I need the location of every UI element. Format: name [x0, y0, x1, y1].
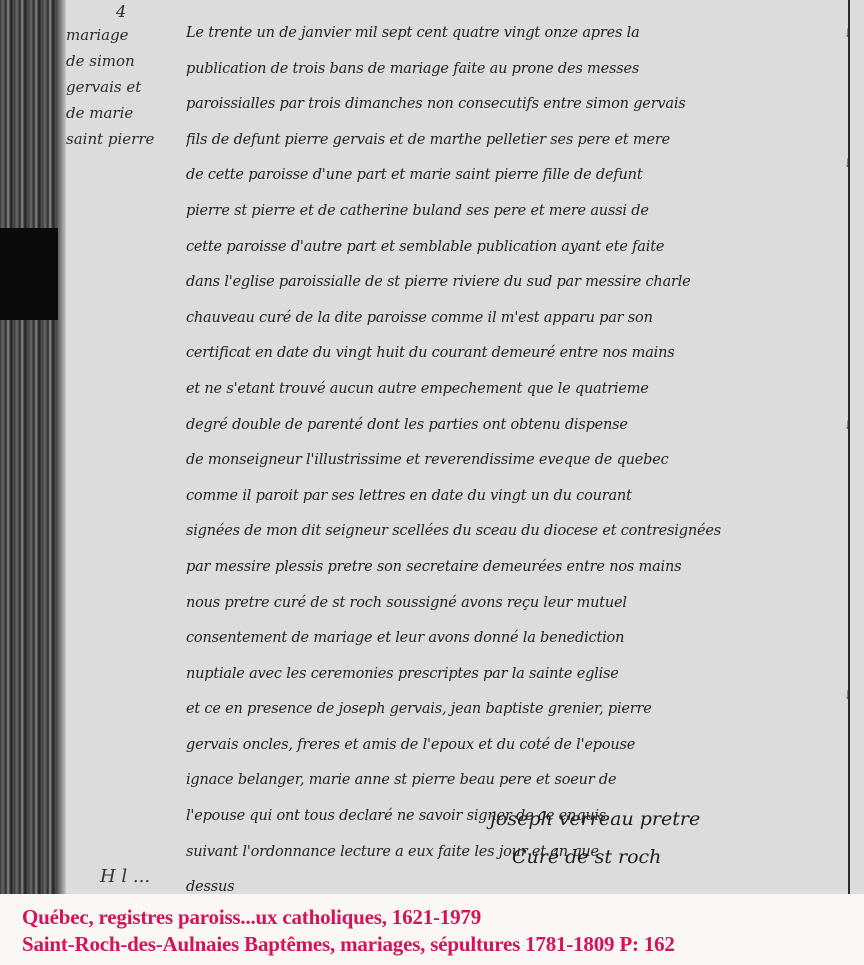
rule-tick-icon: ↓	[842, 420, 854, 430]
text-line: signées de mon dit seigneur scellées du …	[186, 516, 836, 552]
text-line: par messire plessis pretre son secretair…	[186, 552, 836, 588]
margin-line: mariage	[66, 22, 184, 48]
text-line: cette paroisse d'autre part et semblable…	[186, 232, 836, 268]
text-line: de cette paroisse d'une part et marie sa…	[186, 160, 836, 196]
margin-line: gervais et	[66, 74, 184, 100]
priest-signature: joseph verreau pretre	[490, 808, 700, 830]
margin-line: saint pierre	[66, 126, 184, 152]
caption-register: Saint-Roch-des-Aulnaies Baptêmes, mariag…	[22, 931, 675, 958]
rule-tick-icon: ↓	[842, 28, 854, 38]
register-page-scan: ↓ ↓ ↓ ↓ 4 mariage de simon gervais et de…	[0, 0, 864, 894]
text-line: paroissialles par trois dimanches non co…	[186, 89, 836, 125]
entry-number: 4	[66, 2, 184, 22]
text-line: publication de trois bans de mariage fai…	[186, 54, 836, 90]
next-entry-fragment: H l ...	[100, 866, 150, 887]
source-caption: Québec, registres paroiss...ux catholiqu…	[22, 904, 675, 958]
text-line: chauveau curé de la dite paroisse comme …	[186, 303, 836, 339]
text-line: dans l'eglise paroissialle de st pierre …	[186, 267, 836, 303]
margin-line: de marie	[66, 100, 184, 126]
text-line: certificat en date du vingt huit du cour…	[186, 338, 836, 374]
text-line: gervais oncles, freres et amis de l'epou…	[186, 730, 836, 766]
text-line: ignace belanger, marie anne st pierre be…	[186, 765, 836, 801]
text-line: degré double de parenté dont les parties…	[186, 410, 836, 446]
right-margin-rule	[848, 0, 850, 894]
black-tab-marker	[0, 228, 58, 320]
binding-shadow	[56, 0, 66, 894]
margin-line: de simon	[66, 48, 184, 74]
text-line: suivant l'ordonnance lecture a eux faite…	[186, 837, 836, 873]
priest-title: Curé de st roch	[512, 846, 661, 868]
text-line: fils de defunt pierre gervais et de mart…	[186, 125, 836, 161]
text-line: nuptiale avec les ceremonies prescriptes…	[186, 659, 836, 695]
text-line: et ne s'etant trouvé aucun autre empeche…	[186, 374, 836, 410]
text-line: dessus	[186, 872, 836, 894]
marriage-record-text: Le trente un de janvier mil sept cent qu…	[186, 18, 836, 894]
text-line: et ce en presence de joseph gervais, jea…	[186, 694, 836, 730]
rule-tick-icon: ↓	[842, 690, 854, 700]
text-line: de monseigneur l'illustrissime et revere…	[186, 445, 836, 481]
text-line: consentement de mariage et leur avons do…	[186, 623, 836, 659]
text-line: pierre st pierre et de catherine buland …	[186, 196, 836, 232]
caption-collection: Québec, registres paroiss...ux catholiqu…	[22, 904, 675, 931]
text-line: comme il paroit par ses lettres en date …	[186, 481, 836, 517]
text-line: Le trente un de janvier mil sept cent qu…	[186, 18, 836, 54]
book-binding	[0, 0, 60, 894]
rule-tick-icon: ↓	[842, 158, 854, 168]
margin-note: 4 mariage de simon gervais et de marie s…	[66, 2, 184, 152]
text-line: nous pretre curé de st roch soussigné av…	[186, 588, 836, 624]
